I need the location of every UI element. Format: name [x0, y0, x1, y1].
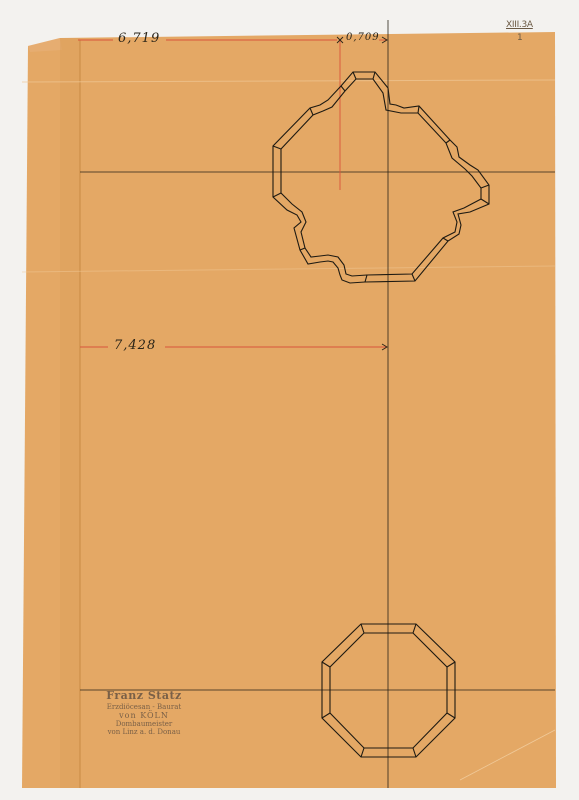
archive-sub-mark: 1: [517, 33, 522, 43]
stamp-line3: Dombaumeister: [88, 720, 200, 728]
dimension-label-6719: 6,719: [118, 31, 160, 46]
architect-stamp: Franz Statz Erzdiöcesan - Baurat von KÖL…: [88, 690, 200, 736]
archive-mark: XIII.3A: [506, 20, 533, 30]
stamp-line4: von Linz a. d. Donau: [88, 728, 200, 736]
stamp-line2: von KÖLN: [88, 711, 200, 720]
dimension-label-0709: 0,709: [346, 32, 380, 43]
stamp-name: Franz Statz: [88, 690, 200, 703]
paper: [22, 32, 556, 788]
drawing-sheet: [0, 0, 579, 800]
stamp-line1: Erzdiöcesan - Baurat: [88, 703, 200, 711]
dimension-label-7428: 7,428: [114, 338, 156, 353]
